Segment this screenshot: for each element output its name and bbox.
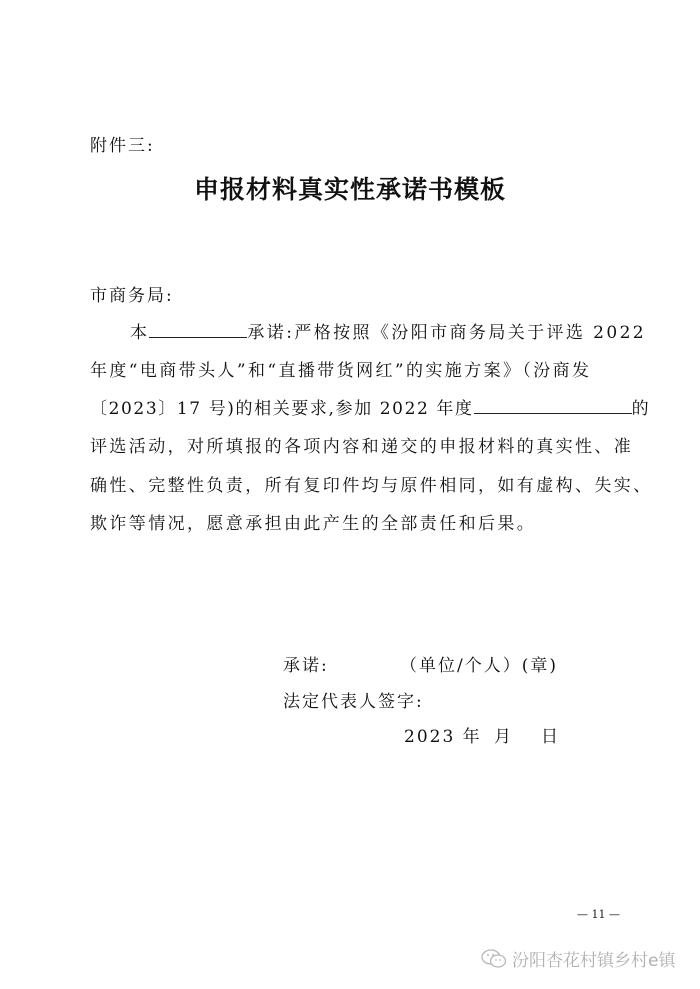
body-text: 的	[632, 399, 651, 419]
attachment-label: 附件三:	[90, 131, 155, 156]
body-text: 承诺:严格按照《汾阳市商务局关于评选 2022	[247, 323, 646, 343]
date-year: 2023 年	[404, 722, 482, 747]
date-month: 月	[494, 722, 513, 747]
body-line-4: 评选活动，对所填报的各项内容和递交的申报材料的真实性、准	[90, 432, 633, 457]
blank-underline-category[interactable]	[474, 399, 632, 414]
body-line-3: 〔2023〕17 号)的相关要求,参加 2022 年度的	[90, 394, 650, 419]
blank-underline-name[interactable]	[149, 323, 247, 338]
unit-label: （单位/个人）(章)	[400, 651, 558, 676]
body-text: 〔2023〕17 号)的相关要求,参加 2022 年度	[90, 399, 474, 419]
legal-representative-label: 法定代表人签字:	[283, 687, 424, 712]
addressee: 市商务局:	[90, 281, 174, 306]
wechat-icon	[480, 948, 508, 970]
body-text: 本	[130, 323, 149, 343]
document-title: 申报材料真实性承诺书模板	[0, 170, 700, 206]
body-line-5: 确性、完整性负责，所有复印件均与原件相同，如有虚构、失实、	[90, 471, 653, 496]
date-day: 日	[541, 722, 560, 747]
watermark: 汾阳杏花村镇乡村e镇	[480, 946, 675, 971]
body-line-1: 本承诺:严格按照《汾阳市商务局关于评选 2022	[130, 318, 646, 343]
body-line-6: 欺诈等情况，愿意承担由此产生的全部责任和后果。	[90, 509, 536, 534]
page-number: — 11 —	[577, 908, 620, 921]
watermark-text: 汾阳杏花村镇乡村e镇	[512, 946, 675, 971]
body-line-2: 年度“电商带头人”和“直播带货网红”的实施方案》（汾商发	[90, 356, 591, 381]
promise-label: 承诺:	[283, 651, 329, 676]
